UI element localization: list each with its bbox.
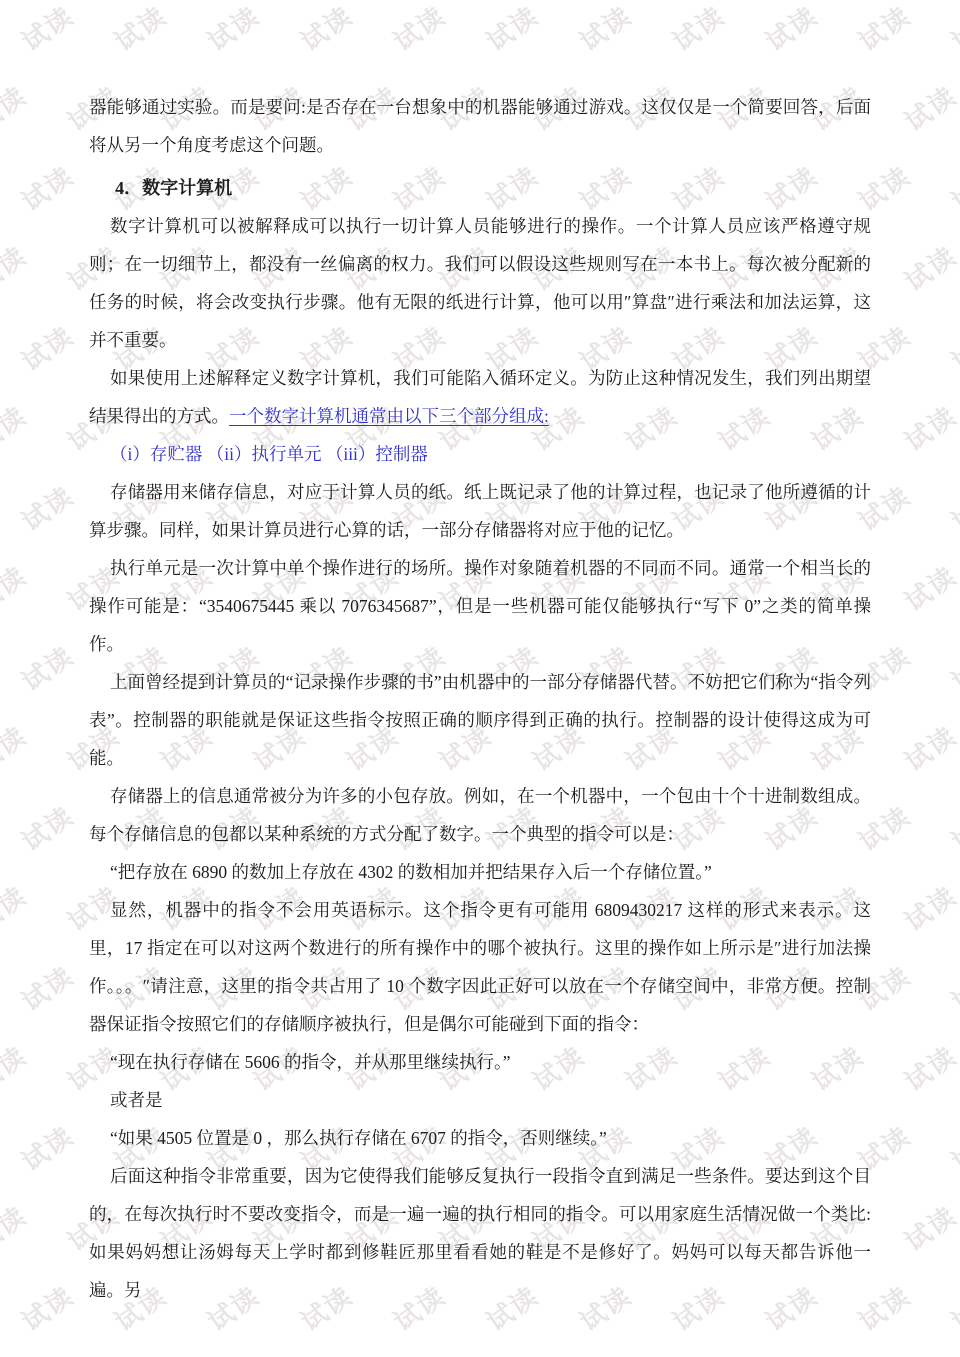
quote-jump-instruction: “现在执行存储在 5606 的指令，并从那里继续执行。” [89,1043,871,1081]
paragraph-executive-unit: 执行单元是一次计算中单个操作进行的场所。操作对象随着机器的不同而不同。通常一个相… [89,549,871,663]
paragraph-control: 上面曾经提到计算员的“记录操作步骤的书”由机器中的一部分存储器代替。不妨把它们称… [89,663,871,777]
components-link[interactable]: 一个数字计算机通常由以下三个部分组成: [229,406,549,426]
paragraph-english-encoding: 显然，机器中的指令不会用英语标示。这个指令更有可能用 6809430217 这样… [89,891,871,1043]
paragraph-components-list: （i）存贮器 （ii）执行单元 （iii）控制器 [89,435,871,473]
paragraph-continuation: 器能够通过实验。而是要问:是否存在一台想象中的机器能够通过游戏。这仅仅是一个简要… [89,88,871,164]
quote-conditional-instruction: “如果 4505 位置是 0 ，那么执行存储在 6707 的指令，否则继续。” [89,1119,871,1157]
document-body: 器能够通过实验。而是要问:是否存在一台想象中的机器能够通过游戏。这仅仅是一个简要… [89,0,871,1309]
paragraph-computer-rules: 数字计算机可以被解释成可以执行一切计算人员能够进行的操作。一个计算人员应该严格遵… [89,207,871,359]
paragraph-store: 存储器用来储存信息，对应于计算人员的纸。纸上既记录了他的计算过程，也记录了他所遵… [89,473,871,549]
document-page: 试读 试读 试读 器能够通过实验。而是要问:是否存在一台想象中的机器能够通过游戏… [0,0,960,1357]
section-heading: 4．数字计算机 [89,169,871,207]
paragraph-circular-definition: 如果使用上述解释定义数字计算机，我们可能陷入循环定义。为防止这种情况发生，我们列… [89,359,871,435]
paragraph-or-else: 或者是 [89,1081,871,1119]
quote-add-instruction: “把存放在 6890 的数加上存放在 4302 的数相加并把结果存入后一个存储位… [89,853,871,891]
paragraph-importance: 后面这种指令非常重要，因为它使得我们能够反复执行一段指令直到满足一些条件。要达到… [89,1157,871,1309]
paragraph-packets: 存储器上的信息通常被分为许多的小包存放。例如，在一个机器中，一个包由十个十进制数… [89,777,871,853]
